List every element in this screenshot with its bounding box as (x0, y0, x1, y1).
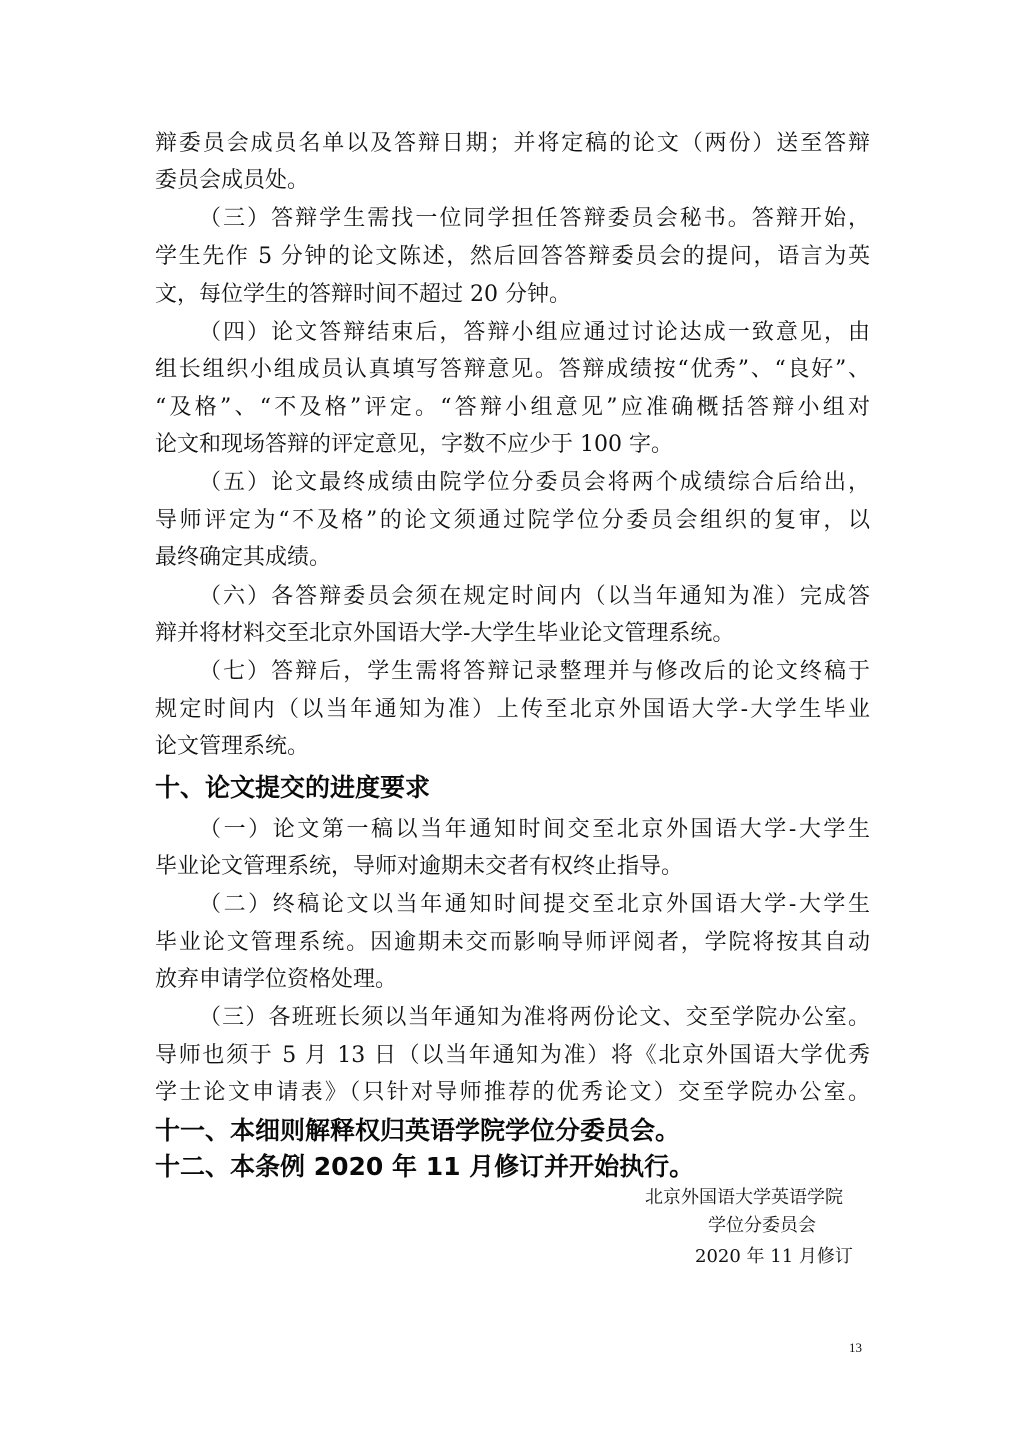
text-line: （三）答辩学生需找一位同学担任答辩委员会秘书。答辩开始， (199, 204, 870, 234)
text-line: 学士论文申请表》（只针对导师推荐的优秀论文）交至学院办公室。 (155, 1078, 870, 1108)
signature-committee: 学位分委员会 (708, 1214, 816, 1238)
page-number: 13 (849, 1340, 862, 1356)
section-heading-10: 十、论文提交的进度要求 (155, 772, 430, 804)
text-line: 规定时间内（以当年通知为准）上传至北京外国语大学-大学生毕业 (155, 695, 870, 725)
signature-date: 2020 年 11 月修订 (695, 1245, 853, 1269)
section-heading-11: 十一、本细则解释权归英语学院学位分委员会。 (155, 1115, 680, 1147)
text-line: 导师也须于 5 月 13 日（以当年通知为准）将《北京外国语大学优秀 (155, 1041, 870, 1071)
text-line: 毕业论文管理系统。因逾期未交而影响导师评阅者，学院将按其自动 (155, 928, 870, 958)
text-line: 论文管理系统。 (155, 732, 870, 762)
text-line: （六）各答辩委员会须在规定时间内（以当年通知为准）完成答 (199, 582, 870, 612)
text-line: 学生先作 5 分钟的论文陈述，然后回答答辩委员会的提问，语言为英 (155, 242, 870, 272)
text-line: 放弃申请学位资格处理。 (155, 965, 870, 995)
text-line: 委员会成员处。 (155, 166, 870, 196)
text-line: （二）终稿论文以当年通知时间提交至北京外国语大学-大学生 (199, 890, 870, 920)
text-line: （七）答辩后，学生需将答辩记录整理并与修改后的论文终稿于 (199, 657, 870, 687)
text-line: 辩并将材料交至北京外国语大学-大学生毕业论文管理系统。 (155, 619, 870, 649)
document-page: 辩委员会成员名单以及答辩日期；并将定稿的论文（两份）送至答辩 委员会成员处。 （… (0, 0, 1024, 1447)
text-line: 论文和现场答辩的评定意见，字数不应少于 100 字。 (155, 430, 870, 460)
text-line: 组长组织小组成员认真填写答辩意见。答辩成绩按“优秀”、“良好”、 (155, 355, 870, 385)
text-line: 辩委员会成员名单以及答辩日期；并将定稿的论文（两份）送至答辩 (155, 129, 870, 159)
text-line: 导师评定为“不及格”的论文须通过院学位分委员会组织的复审，以 (155, 506, 870, 536)
text-line: （五）论文最终成绩由院学位分委员会将两个成绩综合后给出， (199, 468, 870, 498)
text-line: 文，每位学生的答辩时间不超过 20 分钟。 (155, 280, 870, 310)
text-line: （四）论文答辩结束后，答辩小组应通过讨论达成一致意见，由 (199, 318, 870, 348)
text-line: 最终确定其成绩。 (155, 543, 870, 573)
text-line: （三）各班班长须以当年通知为准将两份论文、交至学院办公室。 (199, 1003, 870, 1033)
signature-org: 北京外国语大学英语学院 (645, 1186, 843, 1210)
text-line: “及格”、“不及格”评定。“答辩小组意见”应准确概括答辩小组对 (155, 393, 870, 423)
text-line: 毕业论文管理系统，导师对逾期未交者有权终止指导。 (155, 852, 870, 882)
section-heading-12: 十二、本条例 2020 年 11 月修订并开始执行。 (155, 1151, 694, 1183)
text-line: （一）论文第一稿以当年通知时间交至北京外国语大学-大学生 (199, 815, 870, 845)
